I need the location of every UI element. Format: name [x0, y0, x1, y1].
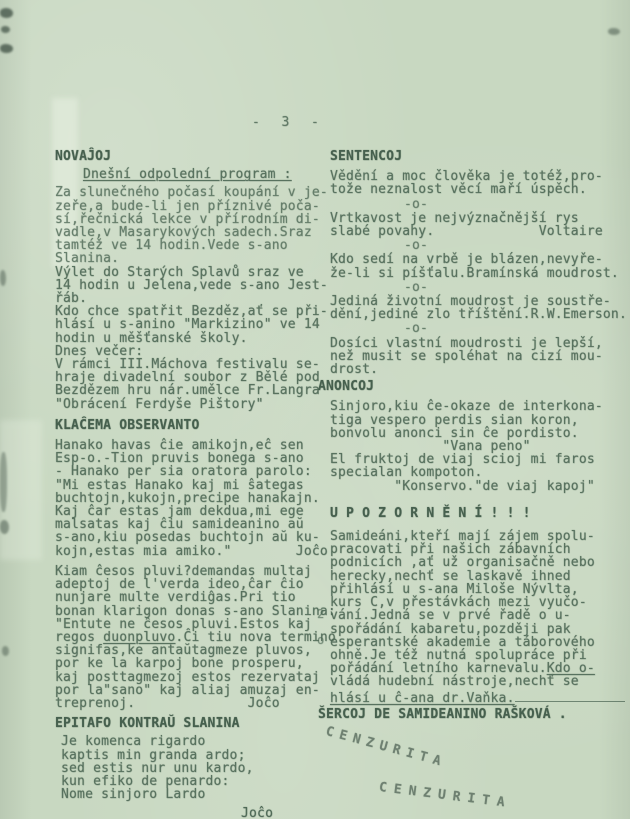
- paragraph-program-trip: Výlet do Starých Splavů sraz ve 14 hodin…: [55, 266, 327, 306]
- upozorneni-underlined-vanka: hlásí u ĉ-ana dr.Vaňka.: [330, 691, 515, 706]
- ink-smudge: [0, 520, 9, 534]
- pluvo-text-after: .Ĉi tiu nova termino signifas,ke antaŭta…: [55, 630, 336, 711]
- ink-smudge: [0, 8, 13, 18]
- sentence-separator: -o-: [404, 198, 626, 211]
- paragraph-theatre: V rámci III.Máchova festivalu se- hraje …: [55, 358, 327, 411]
- ink-smudge: [0, 270, 6, 286]
- ink-smudge: [0, 452, 7, 512]
- page-number: - 3 -: [252, 116, 321, 129]
- upozorneni-text-middle: vládá hudební nástroje,nechť se: [330, 674, 579, 689]
- stray-character: 2: [317, 608, 324, 621]
- paragraph-program-swim: Za slunečného počasí koupání v je- zeře,…: [55, 186, 327, 265]
- paragraph-hanako: Hanako havas ĉie amikojn,eĉ sen Esp-o.-T…: [55, 439, 327, 558]
- ink-smudge: [608, 28, 620, 35]
- program-subtitle: Dnešní odpolední program :: [83, 168, 327, 181]
- anonco-item: El fruktoj de viaj scioj mi faros specia…: [318, 453, 626, 493]
- section-title-upozorneni: U P O Z O R N Ě N Í ! ! !: [318, 507, 626, 520]
- sercoj-credit-line: ŠERCOJ DE SAMIDEANINO RAŠKOVÁ .: [318, 708, 626, 721]
- section-title-sentencoj: SENTENCOJ: [318, 150, 626, 163]
- ink-smudge: [1, 26, 10, 33]
- paragraph-upozorneni: Samideáni,kteří mají zájem spolu- pracov…: [318, 530, 626, 705]
- left-column: NOVAĴOJ Dnešní odpolední program : Za sl…: [55, 150, 327, 819]
- section-title-klacema: KLAĈEMA OBSERVANTO: [55, 419, 327, 432]
- section-title-epitafo: EPITAFO KONTRAŬ SLANINA: [55, 717, 327, 730]
- epitafo-poem: Je komenca rigardo kaptis min granda ard…: [55, 735, 327, 801]
- section-title-novajoj: NOVAĴOJ: [55, 150, 327, 163]
- sentence-item: Vrtkavost je nejvýznačnější rys slabé po…: [318, 212, 626, 238]
- typed-rule: [515, 689, 625, 702]
- section-title-anoncoj: ANONCOJ: [318, 380, 626, 393]
- paragraph-pluvo: Kiam ĉesos pluvi?demandas multaj adeptoj…: [55, 565, 327, 710]
- anonco-item: Sinjoro,kiu ĉe-okaze de interkona- tiga …: [318, 400, 626, 453]
- stray-character: o: [317, 634, 324, 647]
- ink-smudge: [2, 646, 9, 656]
- sentence-separator: -o-: [404, 322, 626, 335]
- sentence-item: Kdo sedí na vrbě je blázen,nevyře- že-li…: [318, 253, 626, 279]
- epitafo-signature: Joĉo: [241, 807, 327, 819]
- sentence-separator: -o-: [404, 281, 626, 294]
- newsletter-page: - 3 - NOVAĴOJ Dnešní odpolední program :…: [0, 0, 630, 819]
- cenzurita-stamp: CENZURITA: [378, 780, 512, 811]
- upozorneni-text-before: Samideáni,kteří mají zájem spolu- pracov…: [330, 529, 595, 676]
- paragraph-program-bezdez: Kdo chce spatřit Bezděz,ať se při- hlásí…: [55, 305, 327, 345]
- ink-smudge: [0, 44, 13, 53]
- sentence-item: Vědění a moc člověka je totéž,pro- tože …: [318, 170, 626, 196]
- sentence-item: Dosíci vlastní moudrosti je lepší, než m…: [318, 337, 626, 377]
- sentence-item: Jediná životní moudrost je soustře- dění…: [318, 295, 626, 321]
- right-column: SENTENCOJ Vědění a moc člověka je totéž,…: [318, 150, 626, 721]
- sentence-separator: -o-: [404, 239, 626, 252]
- cenzurita-stamp: CENZURITA: [324, 724, 448, 771]
